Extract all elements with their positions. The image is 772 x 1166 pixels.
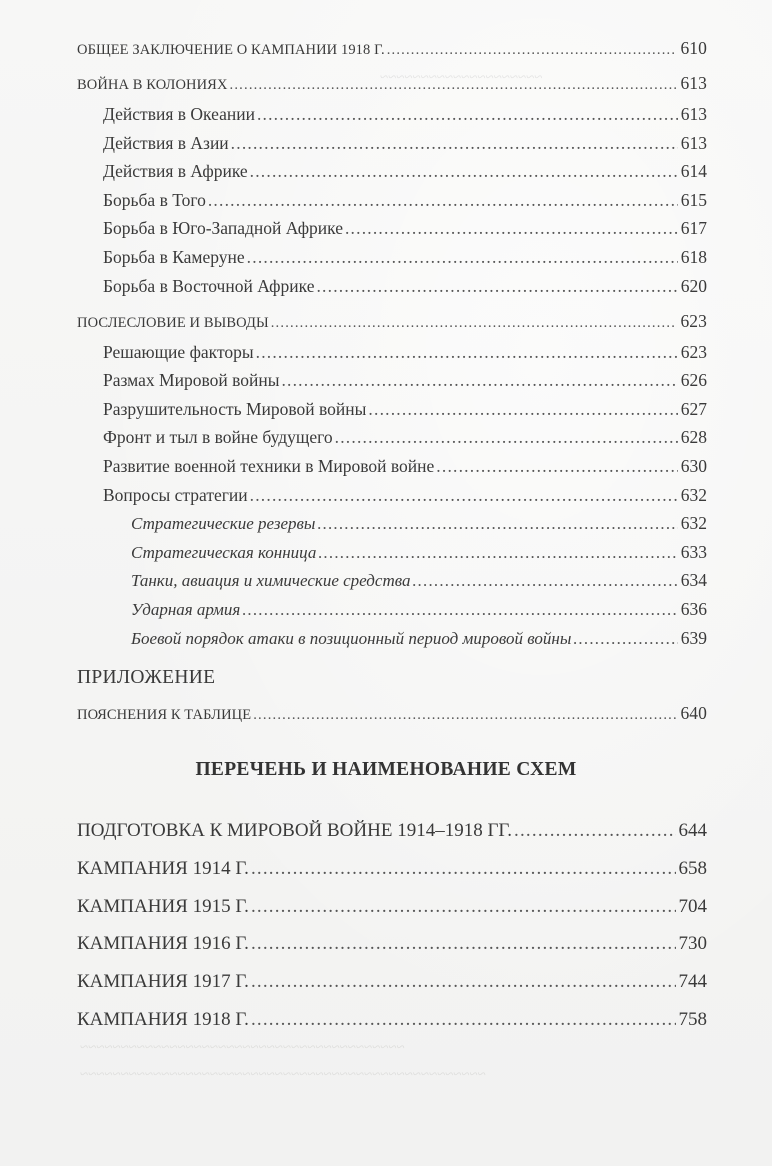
toc-entry-page-number: 617 xyxy=(681,218,707,239)
dot-leader xyxy=(251,971,676,993)
toc-entry-title: Действия в Африке xyxy=(103,161,248,182)
toc-entry[interactable]: Стратегическая конница633 xyxy=(77,542,707,563)
dot-leader xyxy=(345,218,678,239)
toc-entry[interactable]: Решающие факторы623 xyxy=(77,342,707,363)
toc-entry-title: КАМПАНИЯ 1915 Г. xyxy=(77,896,249,918)
toc-entry-page-number: 615 xyxy=(681,190,707,211)
toc-entry-title: Вопросы стратегии xyxy=(103,485,248,506)
dot-leader xyxy=(247,247,678,268)
dot-leader xyxy=(256,342,678,363)
dot-leader xyxy=(412,571,677,591)
dot-leader xyxy=(231,133,678,154)
toc-entry-title: КАМПАНИЯ 1918 Г. xyxy=(77,1009,249,1031)
appendix-heading: ПРИЛОЖЕНИЕ xyxy=(77,667,215,689)
dot-leader xyxy=(250,485,678,506)
toc-entry[interactable]: Ударная армия636 xyxy=(77,599,707,620)
toc-entry-title: Ударная армия xyxy=(131,600,240,620)
dot-leader xyxy=(251,858,676,880)
toc-entry-page-number: 623 xyxy=(680,311,707,332)
toc-entry[interactable]: КАМПАНИЯ 1914 Г.658 xyxy=(77,858,707,880)
toc-entry-title: Борьба в Восточной Африке xyxy=(103,276,314,297)
toc-entry-title: Борьба в Камеруне xyxy=(103,247,245,268)
dot-leader xyxy=(335,427,678,448)
toc-entry[interactable]: Борьба в Камеруне618 xyxy=(77,247,707,268)
toc-entry-page-number: 623 xyxy=(681,342,707,363)
dot-leader xyxy=(317,514,677,534)
dot-leader xyxy=(573,629,677,649)
toc-entry-page-number: 613 xyxy=(681,104,707,125)
toc-entry-title: Фронт и тыл в войне будущего xyxy=(103,427,333,448)
toc-entry-title: КАМПАНИЯ 1917 Г. xyxy=(77,971,249,993)
toc-entry[interactable]: ПОДГОТОВКА К МИРОВОЙ ВОЙНЕ 1914–1918 ГГ.… xyxy=(77,820,707,842)
toc-entry-page-number: 640 xyxy=(680,703,707,724)
toc-entry[interactable]: Борьба в Юго-Западной Африке617 xyxy=(77,218,707,239)
dot-leader xyxy=(250,161,678,182)
dot-leader xyxy=(368,399,677,420)
toc-entry[interactable]: Действия в Африке614 xyxy=(77,161,707,182)
toc-entry-page-number: 634 xyxy=(681,570,707,591)
schemes-heading: ПЕРЕЧЕНЬ И НАИМЕНОВАНИЕ СХЕМ xyxy=(0,759,772,781)
toc-entry-page-number: 658 xyxy=(679,858,708,880)
toc-entry[interactable]: ПОЯСНЕНИЯ К ТАБЛИЦЕ640 xyxy=(77,703,707,724)
toc-entry-title: Решающие факторы xyxy=(103,342,254,363)
dot-leader xyxy=(208,190,678,211)
toc-entry[interactable]: ПОСЛЕСЛОВИЕ И ВЫВОДЫ623 xyxy=(77,311,707,332)
toc-entry-title: КАМПАНИЯ 1914 Г. xyxy=(77,858,249,880)
toc-entry-page-number: 618 xyxy=(681,247,707,268)
toc-entry-title: Действия в Азии xyxy=(103,133,229,154)
toc-entry[interactable]: Развитие военной техники в Мировой войне… xyxy=(77,456,707,477)
toc-entry[interactable]: Разрушительность Мировой войны627 xyxy=(77,399,707,420)
dot-leader xyxy=(251,1009,676,1031)
dot-leader xyxy=(316,276,677,297)
toc-entry[interactable]: КАМПАНИЯ 1918 Г.758 xyxy=(77,1009,707,1031)
toc-entry-title: КАМПАНИЯ 1916 Г. xyxy=(77,933,249,955)
toc-entry-page-number: 628 xyxy=(681,427,707,448)
toc-entry[interactable]: Танки, авиация и химические средства634 xyxy=(77,570,707,591)
toc-entry-title: ПОДГОТОВКА К МИРОВОЙ ВОЙНЕ 1914–1918 ГГ. xyxy=(77,820,512,842)
dot-leader xyxy=(253,707,677,724)
toc-entry[interactable]: Действия в Азии613 xyxy=(77,133,707,154)
toc-entry[interactable]: Борьба в Восточной Африке620 xyxy=(77,276,707,297)
toc-entry-title: ПОСЛЕСЛОВИЕ И ВЫВОДЫ xyxy=(77,315,269,332)
book-page: ~~~~~~~~~~~~~~~~~~~~ ~~~~~~~~~~~~~~~~~~~… xyxy=(0,0,772,1166)
toc-entry-page-number: 704 xyxy=(679,896,708,918)
dot-leader xyxy=(436,456,677,477)
toc-entry-page-number: 636 xyxy=(681,599,707,620)
dot-leader xyxy=(242,600,677,620)
toc-entry[interactable]: КАМПАНИЯ 1915 Г.704 xyxy=(77,896,707,918)
dot-leader xyxy=(281,370,677,391)
toc-entry-title: Борьба в Юго-Западной Африке xyxy=(103,218,343,239)
dot-leader xyxy=(230,77,678,94)
dot-leader xyxy=(271,315,678,332)
dot-leader xyxy=(251,933,676,955)
dot-leader xyxy=(318,543,677,563)
toc-entry[interactable]: Фронт и тыл в войне будущего628 xyxy=(77,427,707,448)
toc-entry-page-number: 613 xyxy=(680,73,707,94)
dot-leader xyxy=(514,820,675,842)
dot-leader xyxy=(251,896,676,918)
toc-entry-title: ВОЙНА В КОЛОНИЯХ xyxy=(77,77,228,94)
toc-entry-page-number: 610 xyxy=(680,38,707,59)
toc-entry-page-number: 744 xyxy=(679,971,708,993)
toc-entry[interactable]: ОБЩЕЕ ЗАКЛЮЧЕНИЕ О КАМПАНИИ 1918 Г.610 xyxy=(77,38,707,59)
toc-entry-title: ПОЯСНЕНИЯ К ТАБЛИЦЕ xyxy=(77,707,251,724)
toc-entry[interactable]: Размах Мировой войны626 xyxy=(77,370,707,391)
toc-entry-page-number: 614 xyxy=(681,161,707,182)
toc-entry[interactable]: Вопросы стратегии632 xyxy=(77,485,707,506)
bleed-through-texture: ~~~~~~~~~~~~~~~~~~~~~~~~~~~~~~~~~~~~~~~~… xyxy=(80,1067,486,1084)
toc-entry-title: Развитие военной техники в Мировой войне xyxy=(103,456,434,477)
toc-entry-title: Танки, авиация и химические средства xyxy=(131,571,410,591)
toc-entry-page-number: 626 xyxy=(681,370,707,391)
toc-entry[interactable]: Боевой порядок атаки в позиционный перио… xyxy=(77,628,707,649)
toc-entry-page-number: 730 xyxy=(679,933,708,955)
toc-entry-page-number: 627 xyxy=(681,399,707,420)
toc-entry-page-number: 632 xyxy=(681,485,707,506)
toc-entry-title: Размах Мировой войны xyxy=(103,370,279,391)
toc-entry-page-number: 639 xyxy=(681,628,707,649)
toc-entry-page-number: 644 xyxy=(679,820,708,842)
toc-entry-page-number: 620 xyxy=(681,276,707,297)
toc-entry-title: Стратегические резервы xyxy=(131,514,315,534)
toc-entry[interactable]: Действия в Океании613 xyxy=(77,104,707,125)
toc-entry[interactable]: КАМПАНИЯ 1916 Г.730 xyxy=(77,933,707,955)
toc-entry-page-number: 758 xyxy=(679,1009,708,1031)
toc-entry-page-number: 613 xyxy=(681,133,707,154)
toc-entry-title: ОБЩЕЕ ЗАКЛЮЧЕНИЕ О КАМПАНИИ 1918 Г. xyxy=(77,42,385,59)
toc-entry-title: Действия в Океании xyxy=(103,104,255,125)
dot-leader xyxy=(257,104,678,125)
toc-entry-title: Боевой порядок атаки в позиционный перио… xyxy=(131,629,571,649)
toc-entry-page-number: 633 xyxy=(681,542,707,563)
bleed-through-texture: ~~~~~~~~~~~~~~~~~~~~~~~~~~~~~~~~~~~~~~~~ xyxy=(80,1040,405,1057)
toc-entry[interactable]: ВОЙНА В КОЛОНИЯХ613 xyxy=(77,73,707,94)
toc-entry[interactable]: КАМПАНИЯ 1917 Г.744 xyxy=(77,971,707,993)
toc-entry[interactable]: Стратегические резервы632 xyxy=(77,513,707,534)
toc-entry-page-number: 630 xyxy=(681,456,707,477)
toc-entry[interactable]: Борьба в Того615 xyxy=(77,190,707,211)
toc-entry-page-number: 632 xyxy=(681,513,707,534)
toc-entry-title: Стратегическая конница xyxy=(131,543,316,563)
toc-entry-title: Борьба в Того xyxy=(103,190,206,211)
dot-leader xyxy=(387,42,678,59)
toc-entry-title: Разрушительность Мировой войны xyxy=(103,399,366,420)
